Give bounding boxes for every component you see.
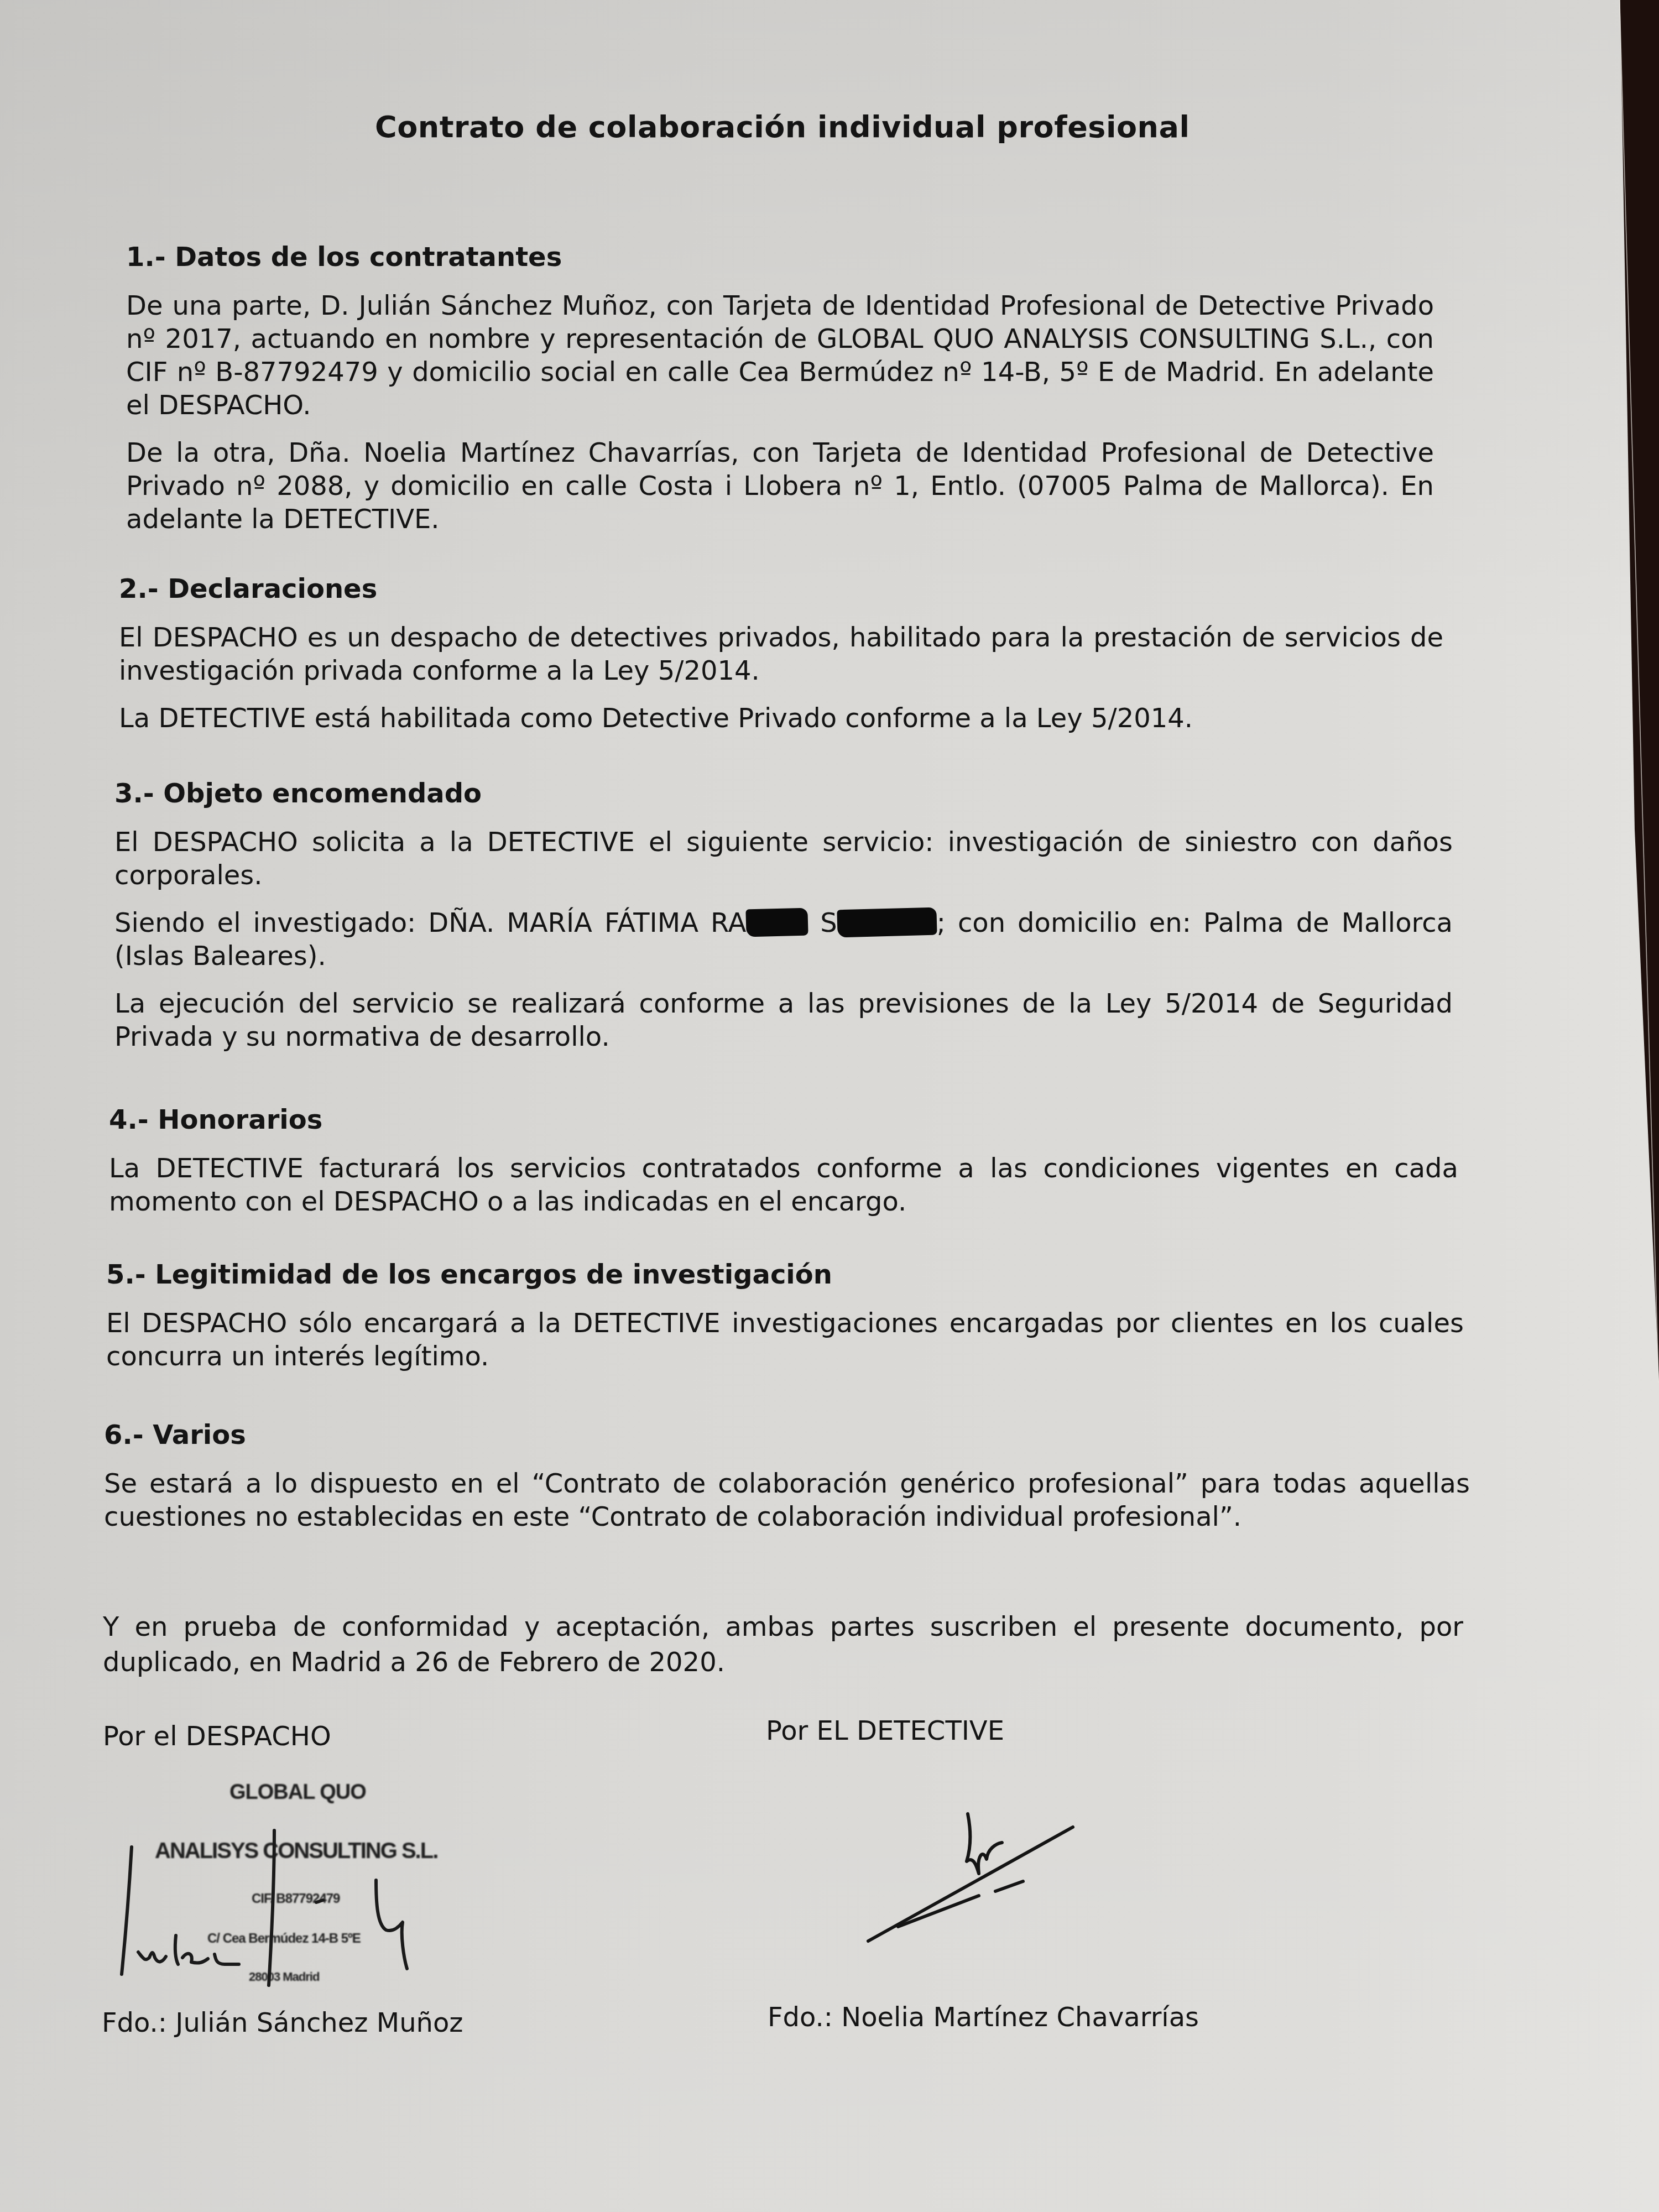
- signature-label-office: Por el DESPACHO: [103, 1721, 331, 1752]
- paragraph-execution: La ejecución del servicio se realizará c…: [114, 987, 1453, 1053]
- surname2-visible: S: [820, 907, 837, 938]
- signature-label-detective: Por EL DETECTIVE: [766, 1715, 1004, 1746]
- paragraph-first-party: De una parte, D. Julián Sánchez Muñoz, c…: [126, 289, 1434, 422]
- section-heading: 2.- Declaraciones: [119, 572, 1443, 606]
- paragraph-miscellaneous: Se estará a lo dispuesto en el “Contrato…: [104, 1467, 1470, 1533]
- investigated-prefix: Siendo el investigado: DÑA. MARÍA FÁTIMA: [114, 907, 711, 938]
- stamp-line: GLOBAL QUO: [229, 1781, 366, 1804]
- paragraph-legitimacy: El DESPACHO sólo encargará a la DETECTIV…: [106, 1307, 1464, 1373]
- signed-by-office: Fdo.: Julián Sánchez Muñoz: [102, 2007, 463, 2038]
- paragraph-fees: La DETECTIVE facturará los servicios con…: [109, 1152, 1458, 1218]
- section-miscellaneous: 6.- Varios Se estará a lo dispuesto en e…: [104, 1418, 1470, 1548]
- paragraph-detective-declaration: La DETECTIVE está habilitada como Detect…: [119, 702, 1443, 735]
- paragraph-investigated-person: Siendo el investigado: DÑA. MARÍA FÁTIMA…: [114, 906, 1453, 973]
- contract-document: Contrato de colaboración individual prof…: [0, 0, 1659, 2212]
- redaction-mark: [837, 907, 937, 938]
- redaction-mark: [746, 908, 808, 937]
- surname1-visible: RA: [711, 907, 746, 938]
- section-legitimacy: 5.- Legitimidad de los encargos de inves…: [106, 1258, 1464, 1387]
- paragraph-second-party: De la otra, Dña. Noelia Martínez Chavarr…: [126, 436, 1434, 536]
- handwritten-signature-office: [111, 1819, 420, 1996]
- section-contracting-parties: 1.- Datos de los contratantes De una par…: [126, 241, 1434, 550]
- section-fees: 4.- Honorarios La DETECTIVE facturará lo…: [109, 1103, 1458, 1233]
- document-title: Contrato de colaboración individual prof…: [375, 109, 1190, 144]
- signed-by-detective: Fdo.: Noelia Martínez Chavarrías: [768, 2002, 1199, 2033]
- section-heading: 4.- Honorarios: [109, 1103, 1458, 1136]
- section-assigned-object: 3.- Objeto encomendado El DESPACHO solic…: [114, 777, 1453, 1068]
- handwritten-signature-detective: [863, 1808, 1095, 1952]
- section-heading: 6.- Varios: [104, 1418, 1470, 1452]
- paragraph-service-requested: El DESPACHO solicita a la DETECTIVE el s…: [114, 826, 1453, 892]
- paragraph-office-declaration: El DESPACHO es un despacho de detectives…: [119, 621, 1443, 687]
- section-declarations: 2.- Declaraciones El DESPACHO es un desp…: [119, 572, 1443, 749]
- section-heading: 3.- Objeto encomendado: [114, 777, 1453, 810]
- closing-paragraph: Y en prueba de conformidad y aceptación,…: [103, 1609, 1463, 1680]
- section-heading: 5.- Legitimidad de los encargos de inves…: [106, 1258, 1464, 1291]
- section-heading: 1.- Datos de los contratantes: [126, 241, 1434, 274]
